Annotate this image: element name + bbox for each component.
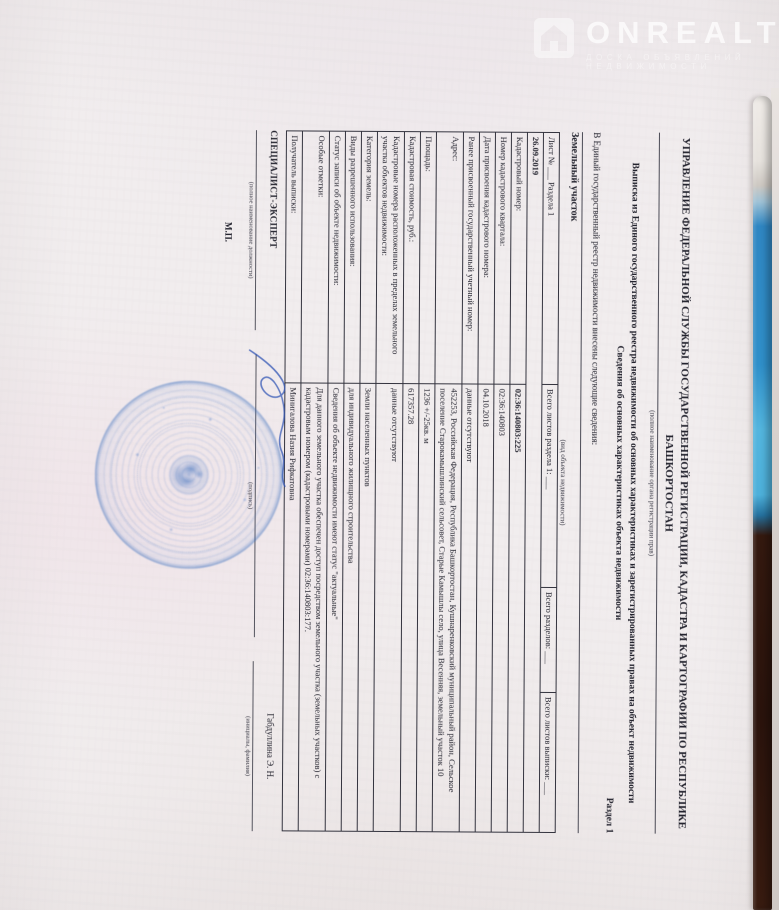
row-label: Получатель выписки:: [285, 131, 303, 383]
row-value: Земли населенных пунктов: [357, 383, 376, 831]
row-label: Площадь:: [419, 132, 437, 384]
watermark-brand: ONREALT: [586, 16, 779, 50]
pen: [753, 96, 772, 910]
watermark-tagline: ДОСКА ОБЪЯВЛЕНИЙ НЕДВИЖИМОСТИ: [586, 53, 779, 71]
intro-line: В Единый государственный реестр недвижим…: [578, 132, 602, 833]
row-value: 02:36:140803:225: [507, 384, 526, 832]
row-label: Дата присвоения кадастрового номера:: [478, 132, 496, 384]
row-label: Кадастровый номер:: [510, 132, 528, 384]
document-sheet: УПРАВЛЕНИЕ ФЕДЕРАЛЬНОЙ СЛУЖБЫ ГОСУДАРСТВ…: [0, 0, 779, 910]
document-content: УПРАВЛЕНИЕ ФЕДЕРАЛЬНОЙ СЛУЖБЫ ГОСУДАРСТВ…: [0, 0, 779, 910]
table-row: Кадастровые номера расположенных в преде…: [373, 131, 404, 831]
row-value: данные отсутствуют: [459, 384, 478, 832]
name-caption: (инициалы, фамилия): [244, 661, 254, 831]
row-label: Ранее присвоенный государственный учетны…: [462, 132, 480, 384]
position-caption: (полное наименование должности): [247, 130, 257, 330]
table-row: Адрес: 452253, Российская Федерация, Рес…: [432, 132, 463, 832]
row-value: Сведения об объекте недвижимости имеют с…: [325, 383, 344, 831]
row-label: Кадастровая стоимость, руб.:: [403, 132, 421, 384]
sheet-cell: Всего разделов: ___: [540, 587, 557, 692]
row-label: Адрес:: [435, 132, 464, 384]
row-label: Номер кадастрового квартала:: [494, 132, 512, 384]
stamp-emblem: [159, 445, 218, 504]
sheet-cell: Всего листов выписки: ___: [539, 692, 556, 832]
watermark-text: ONREALT ДОСКА ОБЪЯВЛЕНИЙ НЕДВИЖИМОСТИ: [586, 16, 779, 71]
signer-name-block: Габдуллина Э. Н. (инициалы, фамилия): [244, 661, 276, 831]
table-edge-shadow: [771, 88, 779, 910]
row-label: Особые отметки:: [301, 131, 330, 383]
row-value: для индивидуального жилищного строительс…: [341, 383, 360, 831]
signer-position-block: СПЕЦИАЛИСТ-ЭКСПЕРТ (полное наименование …: [247, 130, 279, 330]
row-label: Кадастровые номера расположенных в преде…: [376, 131, 405, 383]
table-row: Особые отметки: Для данного земельного у…: [298, 131, 329, 831]
photo-of-egrn-extract: { "watermark": { "brand": "ONREALT", "ta…: [0, 0, 779, 910]
section-label: Раздел 1: [604, 798, 614, 834]
authority-header: УПРАВЛЕНИЕ ФЕДЕРАЛЬНОЙ СЛУЖБЫ ГОСУДАРСТВ…: [655, 133, 693, 834]
row-value: 02:36:140803: [491, 384, 510, 832]
row-label: Виды разрешенного использования:: [344, 131, 362, 383]
row-value: 452253, Российская Федерация, Республика…: [432, 384, 462, 832]
document-title: Выписка из Единого государственного реес…: [625, 132, 641, 833]
row-value: 04.10.2018: [475, 384, 494, 832]
house-icon: [532, 16, 576, 60]
row-label: Статус записи об объекте недвижимости:: [328, 131, 346, 383]
sheet-cell: Лист № ___ Раздела 1: [542, 132, 560, 384]
sheet-cell: Всего листов раздела 1: ___: [541, 384, 558, 587]
watermark: ONREALT ДОСКА ОБЪЯВЛЕНИЙ НЕДВИЖИМОСТИ: [532, 16, 779, 71]
row-value: 617357.28: [400, 384, 419, 832]
signer-position: СПЕЦИАЛИСТ-ЭКСПЕРТ: [268, 130, 279, 330]
row-value: 1236 +/-25кв. м: [416, 384, 435, 832]
row-value: данные отсутствуют: [373, 383, 403, 831]
signer-name: Габдуллина Э. Н.: [265, 661, 276, 831]
row-label: Категория земель:: [360, 131, 378, 383]
egrn-table: Лист № ___ Раздела 1 Всего листов раздел…: [282, 130, 560, 833]
row-value: Для данного земельного участка обеспечен…: [298, 383, 328, 831]
